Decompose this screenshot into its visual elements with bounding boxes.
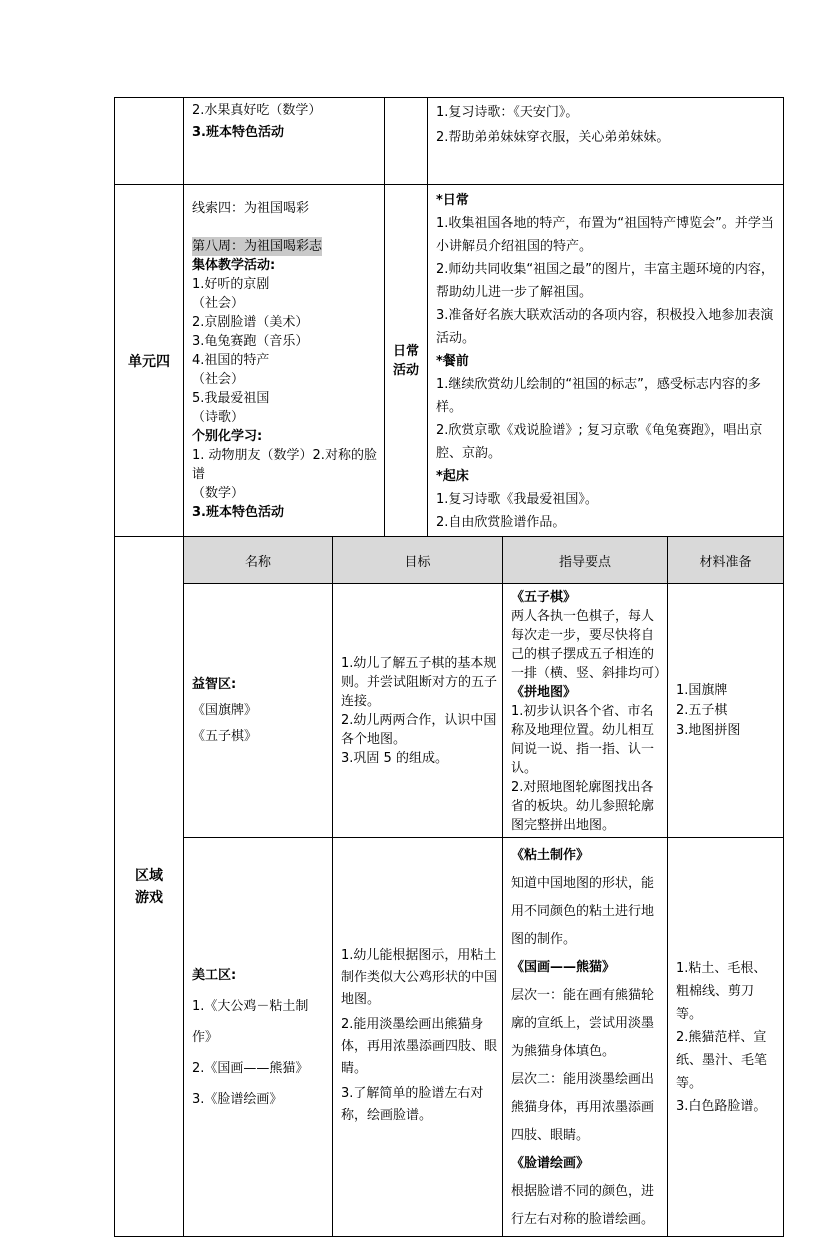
- text-line: 知道中国地图的形状，能用不同颜色的粘土进行地图的制作。: [511, 870, 662, 954]
- text-line: 2.帮助弟弟妹妹穿衣服，关心弟弟妹妹。: [436, 125, 778, 150]
- text-line: （社会）: [192, 370, 379, 389]
- unit4-activities-cell: 线索四：为祖国喝彩第八周：为祖国喝彩志集体教学活动:1.好听的京剧（社会）2.京…: [184, 185, 385, 537]
- text-line: 3.班本特色活动: [192, 503, 379, 522]
- text-line: 2.京剧脸谱（美术）: [192, 313, 379, 332]
- text-line: 《国旗牌》: [192, 698, 327, 724]
- text-line: 层次二：能用淡墨绘画出熊猫身体，再用浓墨添画四肢、眼睛。: [511, 1066, 662, 1150]
- table-row-puzzle-area: 益智区:《国旗牌》《五子棋》 1.幼儿了解五子棋的基本规则。并尝试阻断对方的五子…: [115, 584, 784, 838]
- region-games-table: 区域游戏 名称 目标 指导要点 材料准备 益智区:《国旗牌》《五子棋》 1.幼儿…: [114, 536, 784, 1237]
- text-line: 1.幼儿能根据图示，用粘土制作类似大公鸡形状的中国地图。: [341, 945, 497, 1011]
- table-row-unit4: 单元四 线索四：为祖国喝彩第八周：为祖国喝彩志集体教学活动:1.好听的京剧（社会…: [115, 185, 784, 537]
- text-line: 3.准备好名族大联欢活动的各项内容，积极投入地参加表演活动。: [436, 304, 778, 350]
- text-line: 5.我最爱祖国: [192, 389, 379, 408]
- text-line: 集体教学活动:: [192, 256, 379, 275]
- text-line: 2.《国画——熊猫》: [192, 1053, 327, 1084]
- art-area-guidance-cell: 《粘土制作》知道中国地图的形状，能用不同颜色的粘土进行地图的制作。《国画——熊猫…: [503, 838, 668, 1237]
- text-line: 1.粘土、毛根、粗棉线、剪刀等。: [676, 957, 778, 1026]
- text-line: 个别化学习:: [192, 427, 379, 446]
- text-line: 2.幼儿两两合作，认识中国各个地图。: [341, 711, 497, 749]
- text-line: 游戏: [117, 887, 181, 909]
- prev-unit-dailylabel-cell: [385, 98, 428, 185]
- art-area-name-cell: 美工区:1.《大公鸡－粘土制作》2.《国画——熊猫》3.《脸谱绘画》: [184, 838, 333, 1237]
- column-header-goal: 目标: [333, 537, 503, 584]
- text-line: 层次一：能在画有熊猫轮廓的宣纸上，尝试用淡墨为熊猫身体填色。: [511, 982, 662, 1066]
- text-line: 根据脸谱不同的颜色，进行左右对称的脸谱绘画。: [511, 1178, 662, 1234]
- text-line: 3.地图拼图: [676, 721, 778, 741]
- text-line: 1.幼儿了解五子棋的基本规则。并尝试阻断对方的五子连接。: [341, 654, 497, 711]
- text-line: （诗歌）: [192, 408, 379, 427]
- daily-activity-label: 日常活动: [385, 185, 428, 537]
- puzzle-area-materials-cell: 1.国旗牌2.五子棋3.地图拼图: [668, 584, 784, 838]
- text-line: 1.初步认识各个省、市名称及地理位置。幼儿相互间说一说、指一指、认一认。: [511, 702, 662, 778]
- region-games-header-row: 区域游戏 名称 目标 指导要点 材料准备: [115, 537, 784, 584]
- text-line: 2.师幼共同收集“祖国之最”的图片，丰富主题环境的内容，帮助幼儿进一步了解祖国。: [436, 258, 778, 304]
- unit4-daily-cell: *日常1.收集祖国各地的特产，布置为“祖国特产博览会”。并学当小讲解员介绍祖国的…: [428, 185, 784, 537]
- text-line: 4.祖国的特产: [192, 351, 379, 370]
- text-line: 线索四：为祖国喝彩: [192, 199, 379, 218]
- text-line: 《脸谱绘画》: [511, 1150, 662, 1178]
- text-line: 2.对照地图轮廓图找出各省的板块。幼儿参照轮廓图完整拼出地图。: [511, 778, 662, 835]
- text-line: 活动: [387, 361, 425, 380]
- text-line: 3.白色路脸谱。: [676, 1095, 778, 1118]
- text-line: 3.了解简单的脸谱左右对称，绘画脸谱。: [341, 1083, 497, 1127]
- text-line: 1. 动物朋友（数学）2.对称的脸谱: [192, 446, 379, 484]
- puzzle-area-goals-cell: 1.幼儿了解五子棋的基本规则。并尝试阻断对方的五子连接。2.幼儿两两合作，认识中…: [333, 584, 503, 838]
- column-header-name: 名称: [184, 537, 333, 584]
- text-line: 《粘土制作》: [511, 842, 662, 870]
- text-line: 3.《脸谱绘画》: [192, 1084, 327, 1115]
- column-header-materials: 材料准备: [668, 537, 784, 584]
- art-area-materials-cell: 1.粘土、毛根、粗棉线、剪刀等。2.熊猫范样、宣纸、墨汁、毛笔等。3.白色路脸谱…: [668, 838, 784, 1237]
- text-line: 1.复习诗歌《我最爱祖国》。: [436, 488, 778, 511]
- text-line: 《国画——熊猫》: [511, 954, 662, 982]
- text-line: （社会）: [192, 294, 379, 313]
- text-line: *餐前: [436, 350, 778, 373]
- text-line: 3.龟兔赛跑（音乐）: [192, 332, 379, 351]
- puzzle-area-guidance-cell: 《五子棋》两人各执一色棋子，每人每次走一步，要尽快将自己的棋子摆成五子相连的一排…: [503, 584, 668, 838]
- unit4-label: 单元四: [115, 185, 184, 537]
- text-line: 1.复习诗歌：《天安门》。: [436, 100, 778, 125]
- text-line: 2.五子棋: [676, 701, 778, 721]
- text-line: 2.水果真好吃（数学）: [192, 100, 379, 122]
- text-line: 2.熊猫范样、宣纸、墨汁、毛笔等。: [676, 1026, 778, 1095]
- text-line: *起床: [436, 465, 778, 488]
- unit-plan-table: 2.水果真好吃（数学）3.班本特色活动 1.复习诗歌：《天安门》。2.帮助弟弟妹…: [114, 97, 784, 537]
- text-line: 2.自由欣赏脸谱作品。: [436, 511, 778, 534]
- text-line: 益智区:: [192, 672, 327, 698]
- text-line: 1.收集祖国各地的特产，布置为“祖国特产博览会”。并学当小讲解员介绍祖国的特产。: [436, 212, 778, 258]
- table-row-art-area: 美工区:1.《大公鸡－粘土制作》2.《国画——熊猫》3.《脸谱绘画》 1.幼儿能…: [115, 838, 784, 1237]
- text-line: 区域: [117, 865, 181, 887]
- text-line: 1.好听的京剧: [192, 275, 379, 294]
- text-line: *日常: [436, 189, 778, 212]
- text-line: 美工区:: [192, 960, 327, 991]
- puzzle-area-name-cell: 益智区:《国旗牌》《五子棋》: [184, 584, 333, 838]
- prev-unit-label-cell: [115, 98, 184, 185]
- table-row-previous-unit: 2.水果真好吃（数学）3.班本特色活动 1.复习诗歌：《天安门》。2.帮助弟弟妹…: [115, 98, 784, 185]
- text-line: （数学）: [192, 484, 379, 503]
- text-line: 2.能用淡墨绘画出熊猫身体，再用浓墨添画四肢、眼睛。: [341, 1014, 497, 1080]
- text-line: 3.巩固 5 的组成。: [341, 749, 497, 768]
- prev-unit-activities-cell: 2.水果真好吃（数学）3.班本特色活动: [184, 98, 385, 185]
- text-line: 《五子棋》: [511, 588, 662, 607]
- text-line: 《五子棋》: [192, 724, 327, 750]
- document-page: { "colors": { "highlight": "#c9c9c9", "h…: [0, 0, 827, 1170]
- highlighted-text-line: 第八周：为祖国喝彩志: [192, 237, 322, 256]
- text-line: 3.班本特色活动: [192, 122, 379, 144]
- text-line: 日常: [387, 342, 425, 361]
- art-area-goals-cell: 1.幼儿能根据图示，用粘土制作类似大公鸡形状的中国地图。2.能用淡墨绘画出熊猫身…: [333, 838, 503, 1237]
- text-line: 1.《大公鸡－粘土制作》: [192, 991, 327, 1053]
- prev-unit-daily-cell: 1.复习诗歌：《天安门》。2.帮助弟弟妹妹穿衣服，关心弟弟妹妹。: [428, 98, 784, 185]
- text-line: 2.欣赏京歌《戏说脸谱》; 复习京歌《龟兔赛跑》，唱出京腔、京韵。: [436, 419, 778, 465]
- blank-line: [192, 218, 379, 237]
- curriculum-table-sheet: 2.水果真好吃（数学）3.班本特色活动 1.复习诗歌：《天安门》。2.帮助弟弟妹…: [114, 97, 783, 1237]
- text-line: 两人各执一色棋子，每人每次走一步，要尽快将自己的棋子摆成五子相连的一排（横、竖、…: [511, 607, 662, 683]
- text-line: 1.继续欣赏幼儿绘制的“祖国的标志”，感受标志内容的多样。: [436, 373, 778, 419]
- column-header-guidance: 指导要点: [503, 537, 668, 584]
- text-line: 1.国旗牌: [676, 681, 778, 701]
- region-games-section-label: 区域游戏: [115, 537, 184, 1237]
- text-line: 《拼地图》: [511, 683, 662, 702]
